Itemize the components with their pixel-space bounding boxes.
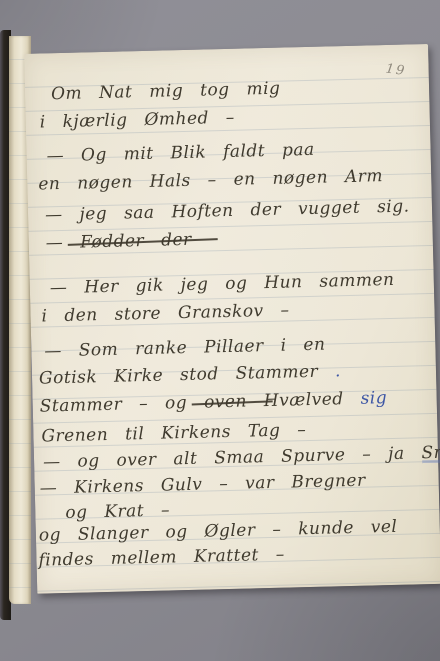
manuscript-line: Om Nat mig tog mig (51, 78, 281, 106)
text-segment: i kjærlig Ømhed – (40, 108, 235, 133)
text-segment: — jeg saa Hoften der vugget sig. (45, 197, 410, 226)
text-segment: en nøgen Hals – en nøgen Arm (38, 166, 383, 194)
text-segment: Smaaspurve (421, 441, 440, 464)
text-segment: findes mellem Krattet – (38, 545, 285, 571)
manuscript-line: en nøgen Hals – en nøgen Arm (38, 165, 383, 195)
text-segment: Hvælved (247, 389, 361, 412)
manuscript-line: Stammer – og oven Hvælved sig (39, 387, 387, 417)
text-segment: og Krat – (65, 500, 170, 523)
struck-text: Fødder der (80, 230, 192, 253)
manuscript-line: Gotisk Kirke stod Stammer . (39, 360, 341, 389)
manuscript-line: i kjærlig Ømhed – (40, 107, 236, 134)
manuscript-line: — Fødder der (45, 229, 191, 255)
manuscript-line: i den store Granskov – (41, 299, 290, 327)
manuscript-line: — Her gik jeg og Hun sammen (50, 269, 395, 299)
page-number: 19 (385, 61, 407, 79)
text-segment: — Som ranke Pillaer i en (44, 335, 326, 362)
text-segment: Om Nat mig tog mig (51, 79, 281, 105)
manuscript-line: — Kirkens Gulv – var Bregner (39, 470, 365, 500)
struck-text: oven (204, 392, 247, 413)
text-segment: Gotisk Kirke stod Stammer (39, 362, 319, 389)
text-segment: i den store Granskov – (41, 300, 289, 326)
text-segment: — Kirkens Gulv – var Bregner (40, 471, 366, 499)
manuscript-line: — jeg saa Hoften der vugget sig. (45, 196, 410, 227)
text-segment: Stammer – og (39, 393, 204, 417)
photo-background: 19 Om Nat mig tog migi kjærlig Ømhed –— … (0, 0, 440, 661)
manuscript-line: — Og mit Blik faldt paa (46, 139, 315, 168)
text-segment: — og over alt Smaa Spurve – ja (43, 443, 422, 472)
notebook-page: 19 Om Nat mig tog migi kjærlig Ømhed –— … (24, 44, 440, 594)
text-segment: — Og mit Blik faldt paa (46, 140, 315, 167)
text-segment: sig (360, 388, 387, 409)
handwritten-text-block: Om Nat mig tog migi kjærlig Ømhed –— Og … (24, 44, 428, 54)
text-segment: Grenen til Kirkens Tag – (41, 420, 306, 446)
manuscript-line: og Krat – (65, 499, 170, 524)
manuscript-line: findes mellem Krattet – (38, 544, 285, 572)
text-segment: — Her gik jeg og Hun sammen (50, 270, 395, 298)
text-segment: . (318, 361, 341, 382)
manuscript-line: Grenen til Kirkens Tag – (41, 419, 306, 447)
manuscript-line: — Som ranke Pillaer i en (44, 334, 326, 363)
